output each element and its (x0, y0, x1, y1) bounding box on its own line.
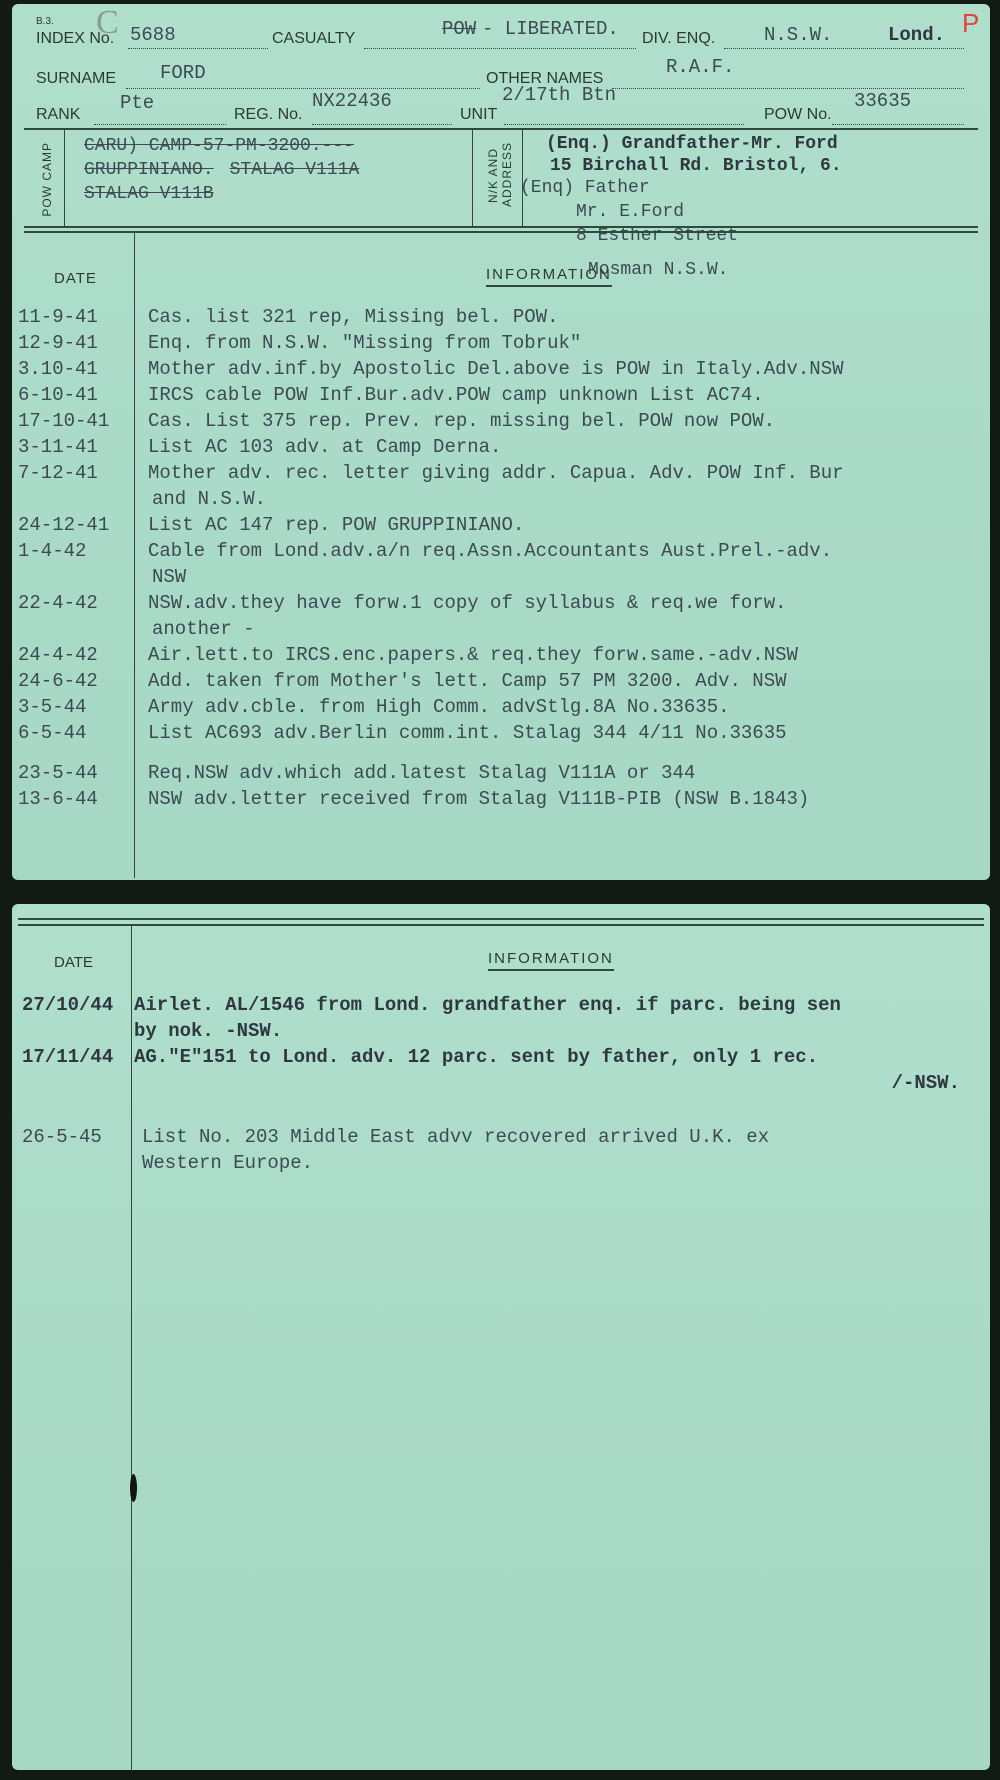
entry-date: 22-4-42 (18, 592, 98, 614)
entry-text: Cable from Lond.adv.a/n req.Assn.Account… (148, 540, 832, 562)
entry-date: 24-12-41 (18, 514, 109, 536)
entry-date: 7-12-41 (18, 462, 98, 484)
pow-camp-label: POW CAMP (40, 142, 54, 217)
entry-text: Cas. List 375 rep. Prev. rep. missing be… (148, 410, 775, 432)
pow-camp-line: GRUPPINIANO.STALAG V111A (84, 160, 359, 180)
record-card-front: B.3. C P INDEX No. 5688 CASUALTY POW - L… (12, 4, 990, 880)
reg-no-value: NX22436 (312, 90, 392, 112)
entry-date: 24-4-42 (18, 644, 98, 666)
pow-camp-line: STALAG V111B (84, 184, 214, 204)
entry-text: Enq. from N.S.W. "Missing from Tobruk" (148, 332, 581, 354)
entry-date: 3.10-41 (18, 358, 98, 380)
entry-text: Add. taken from Mother's lett. Camp 57 P… (148, 670, 787, 692)
nk-address-line: 8 Esther Street (576, 226, 738, 246)
pow-no-label: POW No. (764, 106, 832, 124)
entry-text: NSW.adv.they have forw.1 copy of syllabu… (148, 592, 787, 614)
pow-camp-name: CARU) CAMP-57-PM-3200.--- (84, 136, 354, 156)
entry-date: 24-6-42 (18, 670, 98, 692)
entry-text: by nok. -NSW. (134, 1020, 282, 1042)
entry-text: Req.NSW adv.which add.latest Stalag V111… (148, 762, 695, 784)
entry-text: NSW adv.letter received from Stalag V111… (148, 788, 809, 810)
reg-no-label: REG. No. (234, 106, 302, 124)
entry-text: List AC 103 adv. at Camp Derna. (148, 436, 501, 458)
pow-camp-name: STALAG V111A (230, 160, 360, 180)
nk-address-line: 15 Birchall Rd. Bristol, 6. (550, 156, 842, 176)
entry-text: and N.S.W. (152, 488, 266, 510)
entry-text: List No. 203 Middle East advv recovered … (142, 1126, 769, 1148)
date-column-header: DATE (54, 270, 97, 287)
index-no-value: 5688 (130, 24, 176, 46)
entry-text: Cas. list 321 rep, Missing bel. POW. (148, 306, 558, 328)
form-code: B.3. (36, 16, 54, 27)
unit-label: UNIT (460, 106, 497, 124)
entry-text: /-NSW. (892, 1072, 960, 1094)
casualty-struck-value: POW (442, 18, 476, 40)
rank-label: RANK (36, 106, 80, 124)
entry-text: Mother adv.inf.by Apostolic Del.above is… (148, 358, 844, 380)
entry-date: 11-9-41 (18, 306, 98, 328)
surname-label: SURNAME (36, 70, 116, 88)
entry-text: Mother adv. rec. letter giving addr. Cap… (148, 462, 844, 484)
information-column-header: INFORMATION (486, 266, 612, 287)
unit-value: 2/17th Btn (502, 84, 616, 106)
entry-date: 1-4-42 (18, 540, 86, 562)
entry-text: Western Europe. (142, 1152, 313, 1174)
entry-date: 12-9-41 (18, 332, 98, 354)
entry-text: AG."E"151 to Lond. adv. 12 parc. sent by… (134, 1046, 818, 1068)
pow-camp-line: CARU) CAMP-57-PM-3200.--- (84, 136, 354, 156)
entry-text: another - (152, 618, 255, 640)
nk-address-line: (Enq.) Grandfather-Mr. Ford (546, 134, 838, 154)
date-column-header: DATE (54, 954, 93, 971)
index-no-label: INDEX No. (36, 30, 114, 48)
entry-date: 17-10-41 (18, 410, 109, 432)
entry-date: 27/10/44 (22, 994, 113, 1016)
entry-text: NSW (152, 566, 186, 588)
pow-camp-name: STALAG V111B (84, 184, 214, 204)
entry-text: List AC693 adv.Berlin comm.int. Stalag 3… (148, 722, 787, 744)
entry-date: 6-5-44 (18, 722, 86, 744)
entry-date: 6-10-41 (18, 384, 98, 406)
entry-date: 13-6-44 (18, 788, 98, 810)
div-enq-label: DIV. ENQ. (642, 30, 715, 48)
casualty-value: - LIBERATED. (482, 18, 619, 40)
entry-date: 3-5-44 (18, 696, 86, 718)
entry-text: Airlet. AL/1546 from Lond. grandfather e… (134, 994, 841, 1016)
entry-date: 26-5-45 (22, 1126, 102, 1148)
pow-camp-name: GRUPPINIANO. (84, 160, 214, 180)
entry-text: Army adv.cble. from High Comm. advStlg.8… (148, 696, 730, 718)
div-enq-value: N.S.W. (764, 24, 832, 46)
div-enq-value-2: Lond. (888, 24, 945, 46)
casualty-label: CASUALTY (272, 30, 355, 48)
record-card-back: DATE INFORMATION 27/10/44Airlet. AL/1546… (12, 904, 990, 1770)
pow-no-value: 33635 (854, 90, 911, 112)
nk-address-line: Mr. E.Ford (576, 202, 684, 222)
entry-text: Air.lett.to IRCS.enc.papers.& req.they f… (148, 644, 798, 666)
nk-address-line: (Enq) Father (520, 178, 650, 198)
corner-mark: P (962, 8, 979, 39)
surname-value: FORD (160, 62, 206, 84)
entry-date: 3-11-41 (18, 436, 98, 458)
rank-value: Pte (120, 92, 154, 114)
entry-text: List AC 147 rep. POW GRUPPINIANO. (148, 514, 524, 536)
other-names-value: R.A.F. (666, 56, 734, 78)
entry-date: 17/11/44 (22, 1046, 113, 1068)
nk-address-label-2: ADDRESS (500, 142, 514, 207)
information-column-header: INFORMATION (488, 950, 614, 971)
punch-hole (130, 1474, 137, 1502)
entry-text: IRCS cable POW Inf.Bur.adv.POW camp unkn… (148, 384, 764, 406)
nk-address-label-1: N/K AND (486, 148, 500, 203)
entry-date: 23-5-44 (18, 762, 98, 784)
